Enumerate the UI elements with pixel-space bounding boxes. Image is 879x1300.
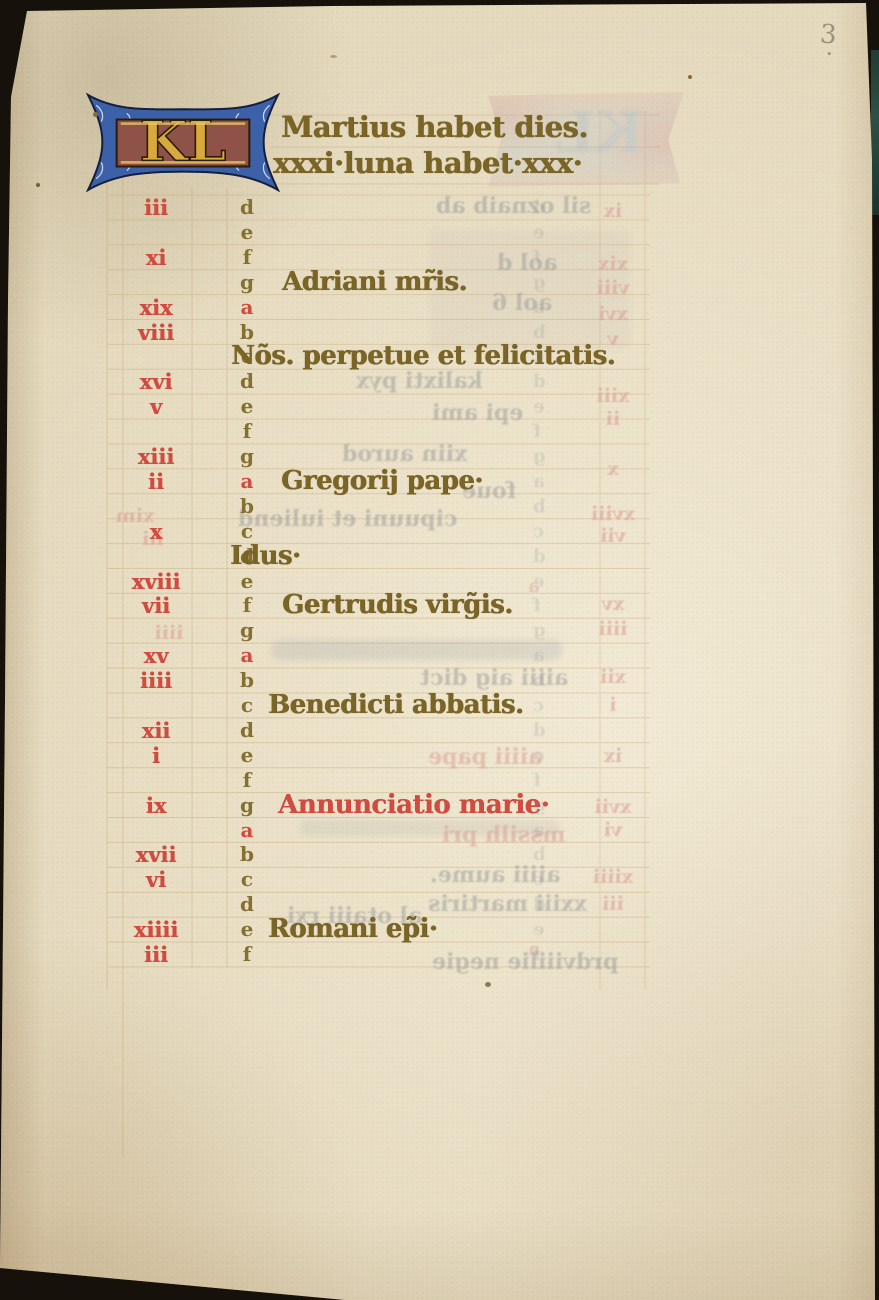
calendar-row: xvidd bbox=[0, 369, 680, 394]
bleedthrough-letter: c bbox=[533, 521, 544, 542]
manuscript-photo: KL ixxixviiixvivxiiiiixxviiiviixviiiixii… bbox=[0, 0, 879, 1300]
feast-entry: Benedicti abbatis. bbox=[268, 690, 523, 720]
calendar-row: iiiff bbox=[0, 942, 680, 967]
dominical-letter: c bbox=[229, 693, 265, 718]
golden-number: xvi bbox=[118, 369, 194, 394]
book-edge bbox=[871, 50, 879, 215]
dominical-letter: g bbox=[229, 444, 265, 469]
golden-number: vii bbox=[118, 593, 194, 618]
bleedthrough-letter: f bbox=[533, 770, 541, 791]
dominical-letter: a bbox=[229, 643, 265, 668]
golden-number: xvii bbox=[118, 842, 194, 867]
golden-number: iii bbox=[118, 942, 194, 967]
bleedthrough-letter: e bbox=[533, 222, 544, 243]
calendar-row: viifGertrudis virg̃is.f bbox=[0, 593, 680, 618]
month-heading-line2: xxxi·luna habet·xxx· bbox=[273, 146, 582, 180]
bleedthrough-letter: e bbox=[533, 571, 544, 592]
feast-entry: Romani ep̃i· bbox=[268, 914, 437, 944]
calendar-row: ixgAnnunciatio marie·g bbox=[0, 793, 680, 818]
feast-entry: Annunciatio marie· bbox=[278, 790, 549, 820]
dominical-letter: f bbox=[229, 593, 265, 618]
calendar-row: gg bbox=[0, 618, 680, 643]
dominical-letter: g bbox=[229, 618, 265, 643]
golden-number: ix bbox=[118, 793, 194, 818]
bleedthrough-letter: d bbox=[533, 720, 546, 741]
bleedthrough-letter: a bbox=[533, 645, 545, 666]
bleedthrough-letter: e bbox=[533, 919, 544, 940]
golden-number: viii bbox=[118, 320, 194, 345]
dominical-letter: g bbox=[229, 793, 265, 818]
dominical-letter: e bbox=[229, 394, 265, 419]
feast-entry: Gertrudis virg̃is. bbox=[282, 590, 513, 620]
dominical-letter: d bbox=[229, 195, 265, 220]
dominical-letter: e bbox=[229, 743, 265, 768]
golden-number: xviii bbox=[118, 569, 194, 594]
dominical-letter: f bbox=[229, 419, 265, 444]
calendar-row: gAdriani mr̃is.g bbox=[0, 270, 680, 295]
bleedthrough-letter: g bbox=[533, 620, 546, 641]
bleedthrough-letter: f bbox=[533, 421, 541, 442]
dominical-letter: b bbox=[229, 842, 265, 867]
bleedthrough-letter: g bbox=[533, 446, 546, 467]
bleedthrough-letter: d bbox=[533, 197, 546, 218]
dominical-letter: e bbox=[229, 220, 265, 245]
dominical-letter: a bbox=[229, 818, 265, 843]
golden-number: v bbox=[118, 394, 194, 419]
bleedthrough-letter: f bbox=[533, 247, 541, 268]
calendar-row: aa bbox=[0, 818, 680, 843]
calendar-row: iee bbox=[0, 743, 680, 768]
dominical-letter: d bbox=[229, 369, 265, 394]
bleedthrough-letter: b bbox=[533, 322, 546, 343]
golden-number: xv bbox=[118, 643, 194, 668]
calendar-row: ff bbox=[0, 419, 680, 444]
dominical-letter: d bbox=[229, 718, 265, 743]
dominical-letter: f bbox=[229, 942, 265, 967]
bleedthrough-letter: d bbox=[533, 546, 546, 567]
calendar-row: xcc bbox=[0, 519, 680, 544]
month-heading-line1: Martius habet dies. bbox=[281, 110, 588, 144]
bleedthrough-letter: e bbox=[533, 745, 544, 766]
feast-entry: Nõs. perpetue et felicitatis. bbox=[231, 341, 615, 371]
bleedthrough-letter: d bbox=[533, 371, 546, 392]
golden-number: ii bbox=[118, 469, 194, 494]
golden-number: iii bbox=[118, 195, 194, 220]
golden-number: xiiii bbox=[118, 917, 194, 942]
calendar-row: vee bbox=[0, 394, 680, 419]
calendar-row: xvaa bbox=[0, 643, 680, 668]
bleedthrough-letter: c bbox=[533, 695, 544, 716]
calendar-rows: iiiddeexiffgAdriani mr̃is.gxixaaviiibbcN… bbox=[0, 195, 879, 975]
calendar-row: iiaGregorij pape·a bbox=[0, 469, 680, 494]
dominical-letter: a bbox=[229, 295, 265, 320]
bleedthrough-letter: a bbox=[533, 471, 545, 492]
golden-number: iiii bbox=[118, 668, 194, 693]
dominical-letter: b bbox=[229, 668, 265, 693]
calendar-row: xviibb bbox=[0, 842, 680, 867]
bleedthrough-letter: e bbox=[533, 396, 544, 417]
calendar-row: vicc bbox=[0, 867, 680, 892]
calendar-row: ee bbox=[0, 220, 680, 245]
golden-number: xix bbox=[118, 295, 194, 320]
bleedthrough-letter: b bbox=[533, 670, 546, 691]
bleedthrough-letter: f bbox=[533, 595, 541, 616]
bleedthrough-letter: a bbox=[533, 820, 545, 841]
golden-number: xi bbox=[118, 245, 194, 270]
dominical-letter: f bbox=[229, 768, 265, 793]
dominical-letter: g bbox=[229, 270, 265, 295]
bleedthrough-letter: a bbox=[533, 297, 545, 318]
feast-entry: Gregorij pape· bbox=[281, 466, 483, 496]
dominical-letter: c bbox=[229, 867, 265, 892]
bleedthrough-letter: g bbox=[533, 272, 546, 293]
golden-number: xii bbox=[118, 718, 194, 743]
golden-number: i bbox=[118, 743, 194, 768]
bleedthrough-letter: f bbox=[533, 944, 541, 965]
golden-number: x bbox=[118, 519, 194, 544]
golden-number: vi bbox=[118, 867, 194, 892]
vellum-page: KL ixxixviiixvivxiiiiixxviiiviixviiiixii… bbox=[0, 0, 879, 1300]
calendar-row: xiidd bbox=[0, 718, 680, 743]
feast-entry: Adriani mr̃is. bbox=[282, 267, 467, 297]
calendar-row: cBenedicti abbatis.c bbox=[0, 693, 680, 718]
golden-number: xiii bbox=[118, 444, 194, 469]
bleedthrough-letter: b bbox=[533, 844, 546, 865]
bleedthrough-letter: b bbox=[533, 496, 546, 517]
calendar-row: xiiiieRomani ep̃i·e bbox=[0, 917, 680, 942]
feast-entry: Idus· bbox=[230, 541, 300, 571]
calendar-row: cNõs. perpetue et felicitatis.c bbox=[0, 344, 680, 369]
dominical-letter: a bbox=[229, 469, 265, 494]
calendar-row: dIdus·d bbox=[0, 544, 680, 569]
calendar-row: bb bbox=[0, 494, 680, 519]
calendar-row: iiidd bbox=[0, 195, 680, 220]
bleedthrough-letter: d bbox=[533, 894, 546, 915]
bleedthrough-letter: c bbox=[533, 869, 544, 890]
kl-illuminated-initial: KL bbox=[86, 93, 280, 192]
calendar-row: xixaa bbox=[0, 295, 680, 320]
dominical-letter: d bbox=[229, 892, 265, 917]
dominical-letter: e bbox=[229, 917, 265, 942]
folio-number: 3 bbox=[819, 19, 838, 50]
dominical-letter: f bbox=[229, 245, 265, 270]
dominical-letter: e bbox=[229, 569, 265, 594]
dominical-letter: b bbox=[229, 494, 265, 519]
